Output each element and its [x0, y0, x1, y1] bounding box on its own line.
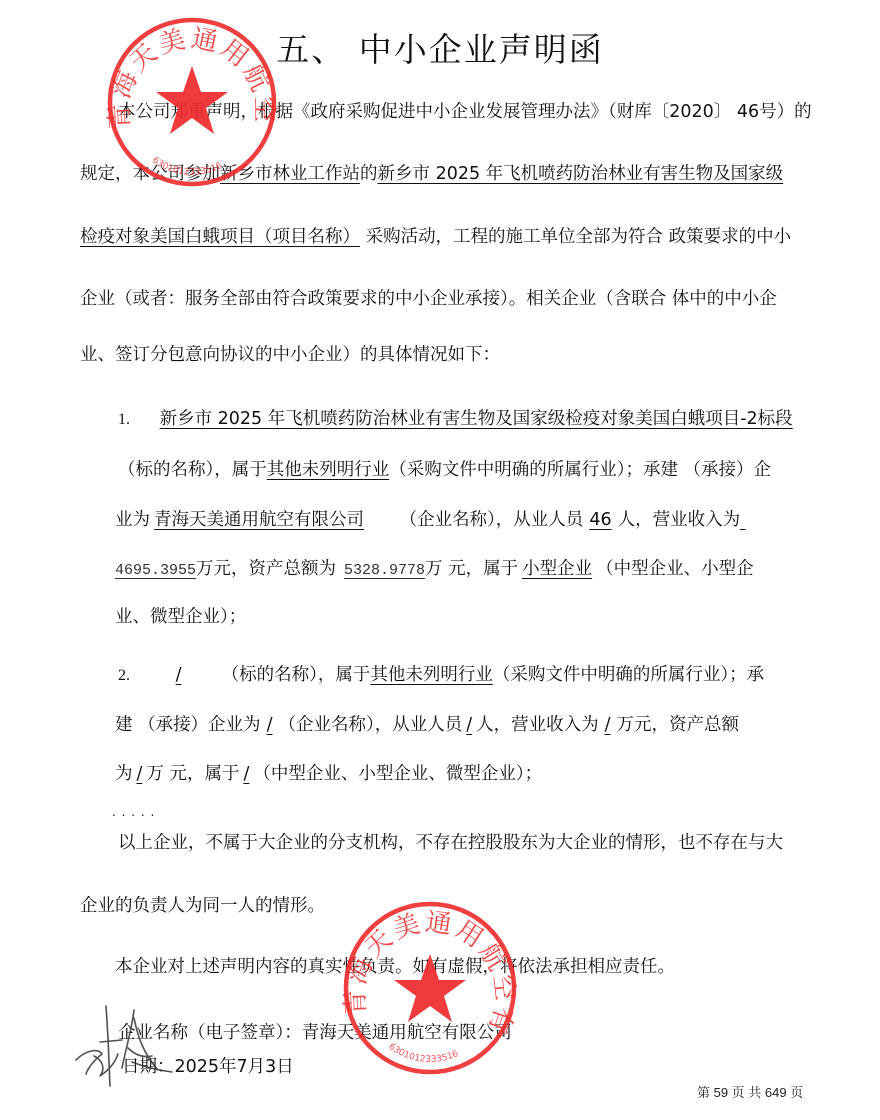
item-2-lot-name-text: /: [176, 665, 182, 685]
signature-date-line: 日期：2025年7月3日: [122, 1055, 294, 1079]
project-name-part2: 检疫对象美国白蛾项目（项目名称）: [80, 227, 360, 247]
item-1-line-2: （标的名称），属于其他未列明行业（采购文件中明确的所属行业）；承建 （承接）企: [118, 458, 771, 482]
item-2-size: /: [239, 762, 253, 786]
item-2-industry: 其他未列明行业: [370, 665, 493, 685]
item-2-employees: /: [462, 713, 476, 737]
item-2-company-label: （企业名称），从业人员: [278, 715, 462, 735]
intro-line-4: 企业（或者：服务全部由符合政策要求的中小企业承接）。相关企业（含联合 体中的中小…: [80, 287, 777, 311]
signature-date: 2025年7月3日: [175, 1057, 294, 1077]
item-2-revenue-text: /: [605, 715, 611, 735]
signature-company-name: 青海天美通用航空有限公司: [302, 1023, 512, 1043]
purchaser-name: 新乡市林业工作站: [220, 164, 360, 184]
item-2-employees-label: 人，营业收入为: [476, 715, 599, 735]
item-1-line-3: 业为青海天美通用航空有限公司 （企业名称），从业人员46人，营业收入为: [115, 508, 746, 532]
item-1-number: 1.: [118, 411, 130, 428]
item-2-line-2: 建 （承接）企业为/（企业名称），从业人员/人，营业收入为/万元，资产总额: [115, 713, 739, 737]
item-1-employees: 46: [583, 508, 617, 532]
statement-2: 本企业对上述声明内容的真实性负责。如有虚假，将依法承担相应责任。: [115, 955, 675, 979]
ellipsis: . . . . .: [112, 800, 155, 824]
item-1-employees-label: 人，营业收入为: [618, 510, 741, 530]
item-1-assets-label: 万 元，属于: [425, 559, 518, 579]
company-seal-bottom-icon: 青海天美通用航空有限公司 6301012333516: [340, 898, 520, 1078]
item-1-revenue: 4695.3955: [115, 562, 196, 579]
intro-line-3: 检疫对象美国白蛾项目（项目名称） 采购活动，工程的施工单位全部为符合 政策要求的…: [80, 225, 791, 249]
item-2-assets-prefix: 为: [115, 764, 133, 784]
item-2-industry-label: （采购文件中明确的所属行业）；承: [493, 665, 764, 685]
item-1-industry: 其他未列明行业: [267, 460, 390, 480]
item-2-size-options: （中型企业、小型企业、微型企业）；: [253, 764, 542, 784]
item-2-number: 2.: [118, 667, 130, 684]
intro-prefix: 规定，本公司参加: [80, 164, 220, 184]
project-name-part1: 新乡市 2025 年飞机喷药防治林业有害生物及国家级: [378, 164, 784, 184]
item-1-company-label: （企业名称），从业人员: [394, 510, 583, 530]
item-2-company-text: /: [267, 715, 273, 735]
item-2-revenue: /: [599, 713, 617, 737]
page-number-footer: 第 59 页 共 649 页: [697, 1082, 803, 1101]
item-2-company: /: [261, 713, 279, 737]
item-1-industry-label: （采购文件中明确的所属行业）；承建 （承接）企: [389, 460, 771, 480]
item-1-line-4: 4695.3955万元，资产总额为5328.9778万 元，属于小型企业（中型企…: [115, 557, 754, 583]
intro-line-5: 业、签订分包意向协议的中小企业）的具体情况如下：: [80, 343, 500, 367]
item-2-employees-text: /: [466, 715, 472, 735]
item-1-company-text: 青海天美通用航空有限公司: [154, 510, 364, 530]
signature-company-label: 企业名称（电子签章）：: [118, 1023, 302, 1043]
item-1-lot-name: 新乡市 2025 年飞机喷药防治林业有害生物及国家级检疫对象美国白蛾项目-2标段: [136, 407, 793, 431]
statement-1-line-2: 企业的负责人为同一人的情形。: [80, 894, 325, 918]
signature-date-label: 日期：: [122, 1057, 175, 1077]
intro-mid: 的: [360, 164, 378, 184]
item-2-size-text: /: [243, 764, 249, 784]
signature-company-line: 企业名称（电子签章）：青海天美通用航空有限公司: [118, 1021, 512, 1045]
item-1-assets-text: 5328.9778: [344, 562, 425, 579]
intro-line-1: 本公司郑重声明，根据《政府采购促进中小企业发展管理办法》（财库〔2020〕 46…: [118, 100, 812, 124]
intro-line-3-suffix: 采购活动，工程的施工单位全部为符合 政策要求的中小: [360, 227, 791, 247]
item-2-revenue-label: 万元，资产总额: [617, 715, 740, 735]
page-title: 五、 中小企业声明函: [0, 28, 880, 72]
item-2-company-prefix: 建 （承接）企业为: [115, 715, 261, 735]
item-1-size-options: （中型企业、小型企: [596, 559, 754, 579]
item-2-line-1: 2. /（标的名称），属于其他未列明行业（采购文件中明确的所属行业）；承: [118, 663, 764, 688]
item-1-line-5: 业、微型企业）；: [115, 605, 246, 629]
item-1-line-1: 1. 新乡市 2025 年飞机喷药防治林业有害生物及国家级检疫对象美国白蛾项目-…: [118, 407, 793, 432]
svg-text:6301012333516: 6301012333516: [386, 1042, 460, 1065]
item-1-company: 青海天美通用航空有限公司: [150, 508, 394, 532]
item-1-employees-text: 46: [589, 510, 611, 530]
statement-1-line-1: 以上企业，不属于大企业的分支机构，不存在控股股东为大企业的情形，也不存在与大: [118, 831, 783, 855]
item-2-lot-label: （标的名称），属于: [222, 665, 371, 685]
item-2-lot-name: /: [136, 663, 222, 687]
item-2-line-3: 为/万 元，属于/（中型企业、小型企业、微型企业）；: [115, 762, 542, 786]
intro-line-2: 规定，本公司参加新乡市林业工作站的新乡市 2025 年飞机喷药防治林业有害生物及…: [80, 162, 783, 186]
item-2-assets-text: /: [137, 764, 143, 784]
item-1-assets: 5328.9778: [336, 559, 425, 583]
item-2-assets-label: 万 元，属于: [146, 764, 239, 784]
item-1-revenue-label: 万元，资产总额为: [196, 559, 336, 579]
item-1-company-prefix: 业为: [115, 510, 150, 530]
item-1-lot-label: （标的名称），属于: [118, 460, 267, 480]
item-1-size-text: 小型企业: [522, 559, 592, 579]
item-1-size: 小型企业: [518, 557, 596, 581]
item-1-lot-name-text: 新乡市 2025 年飞机喷药防治林业有害生物及国家级检疫对象美国白蛾项目-2标段: [160, 409, 793, 429]
item-2-assets: /: [133, 762, 147, 786]
